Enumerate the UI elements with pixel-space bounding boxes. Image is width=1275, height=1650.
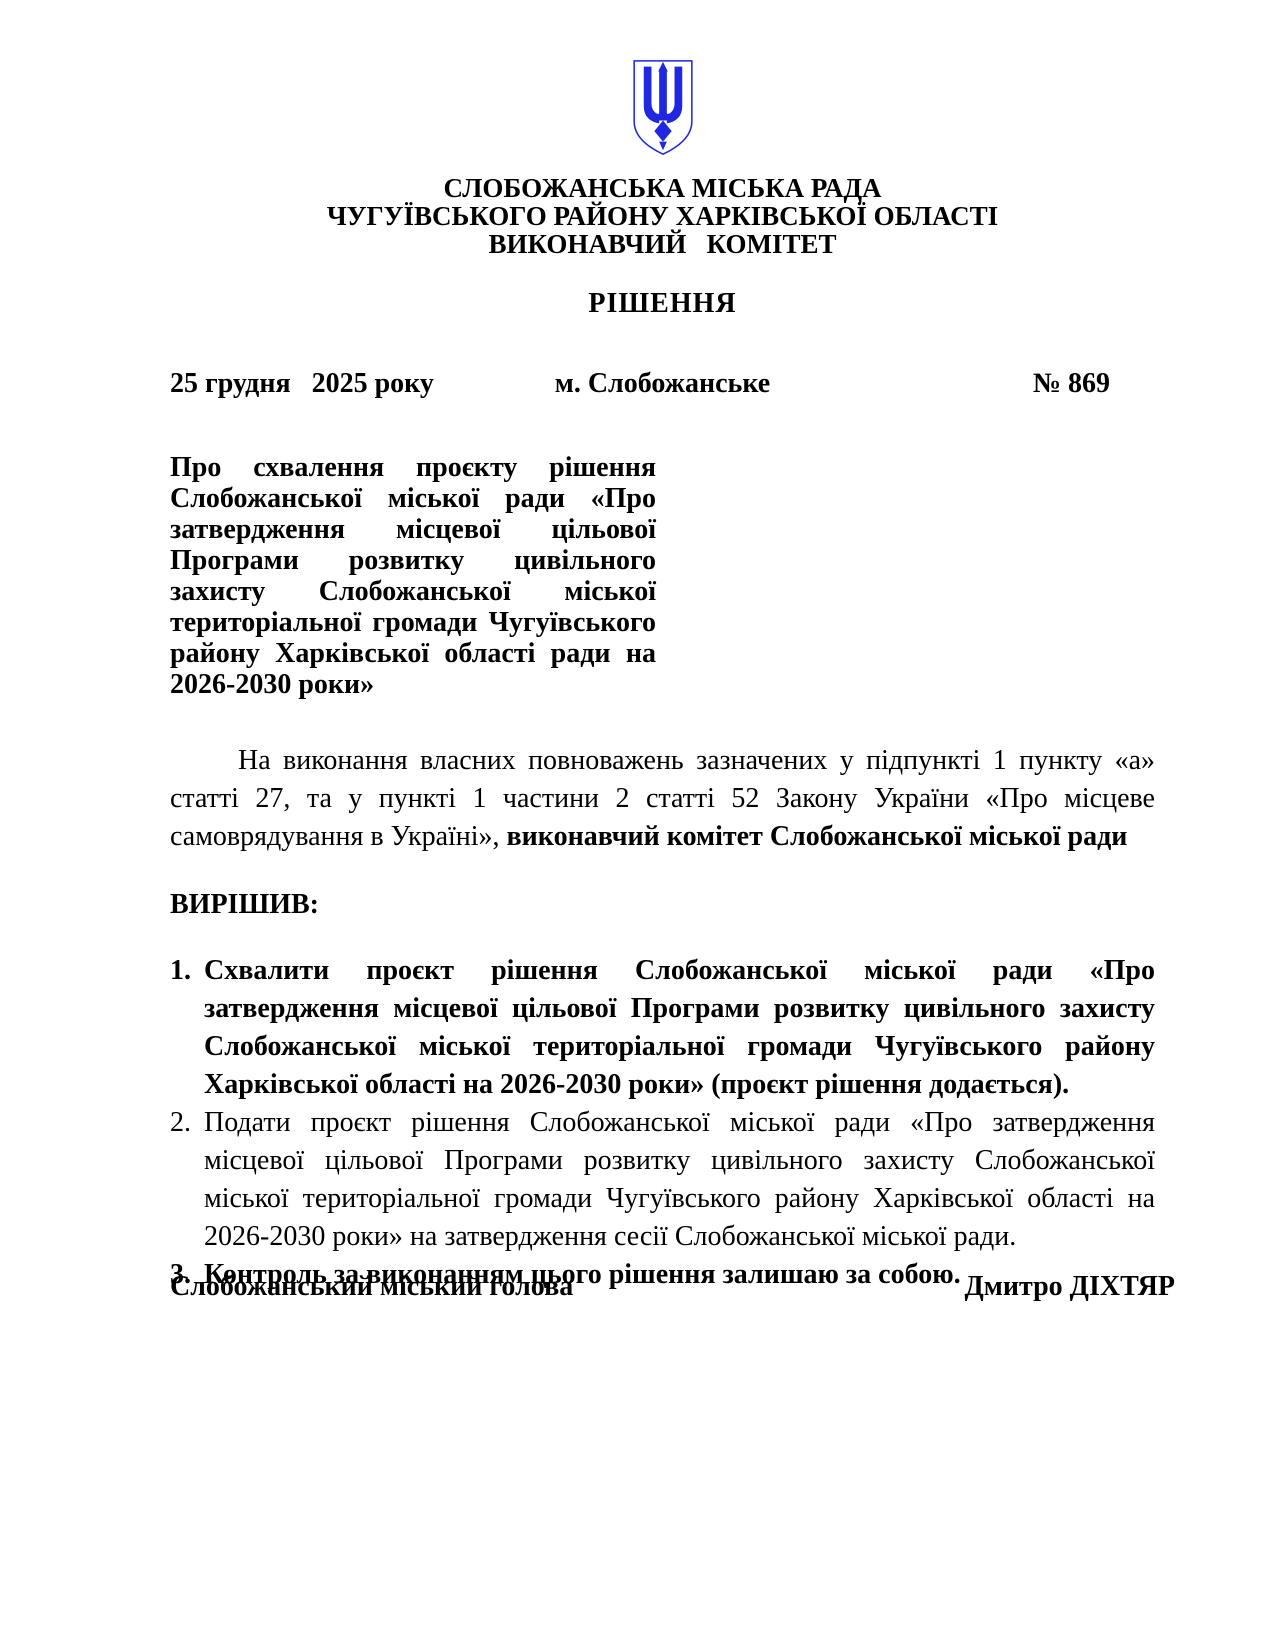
document-place: м. Слобожанське [498,370,826,398]
org-name-line3: ВИКОНАВЧИЙ КОМІТЕТ [170,230,1155,258]
preamble-paragraph: На виконання власних повноважень зазначе… [170,742,1155,856]
resolved-heading: ВИРІШИВ: [170,886,1155,924]
list-item: 2.Подати проєкт рішення Слобожанської мі… [170,1104,1155,1256]
preamble-bold-text: виконавчий комітет Слобожанської міської… [507,821,1128,852]
list-item-text: Подати проєкт рішення Слобожанської місь… [204,1104,1155,1256]
signature-position: Слобожанський міський голова [170,1272,573,1302]
document-page: СЛОБОЖАНСЬКА МІСЬКА РАДА ЧУГУЇВСЬКОГО РА… [0,0,1275,1650]
document-number: № 869 [827,370,1155,398]
list-item-number: 1. [170,952,204,1104]
document-header: СЛОБОЖАНСЬКА МІСЬКА РАДА ЧУГУЇВСЬКОГО РА… [170,58,1155,318]
org-name-line1: СЛОБОЖАНСЬКА МІСЬКА РАДА [170,174,1155,202]
document-meta-row: 25 грудня 2025 року м. Слобожанське № 86… [170,370,1155,398]
document-date: 25 грудня 2025 року [170,370,498,398]
signature-row: Слобожанський міський голова Дмитро ДІХТ… [170,1272,1175,1302]
list-item-number: 2. [170,1104,204,1256]
document-type-title: РІШЕННЯ [170,290,1155,318]
list-item-text: Схвалити проєкт рішення Слобожанської мі… [204,952,1155,1104]
resolution-items: 1.Схвалити проєкт рішення Слобожанської … [170,952,1155,1294]
list-item: 1.Схвалити проєкт рішення Слобожанської … [170,952,1155,1104]
signature-name: Дмитро ДІХТЯР [965,1272,1175,1302]
org-name-line2: ЧУГУЇВСЬКОГО РАЙОНУ ХАРКІВСЬКОЇ ОБЛАСТІ [170,202,1155,230]
tryzub-coat-of-arms-icon [630,58,696,158]
document-subject: Про схвалення проєкту рішення Слобожансь… [170,452,656,700]
